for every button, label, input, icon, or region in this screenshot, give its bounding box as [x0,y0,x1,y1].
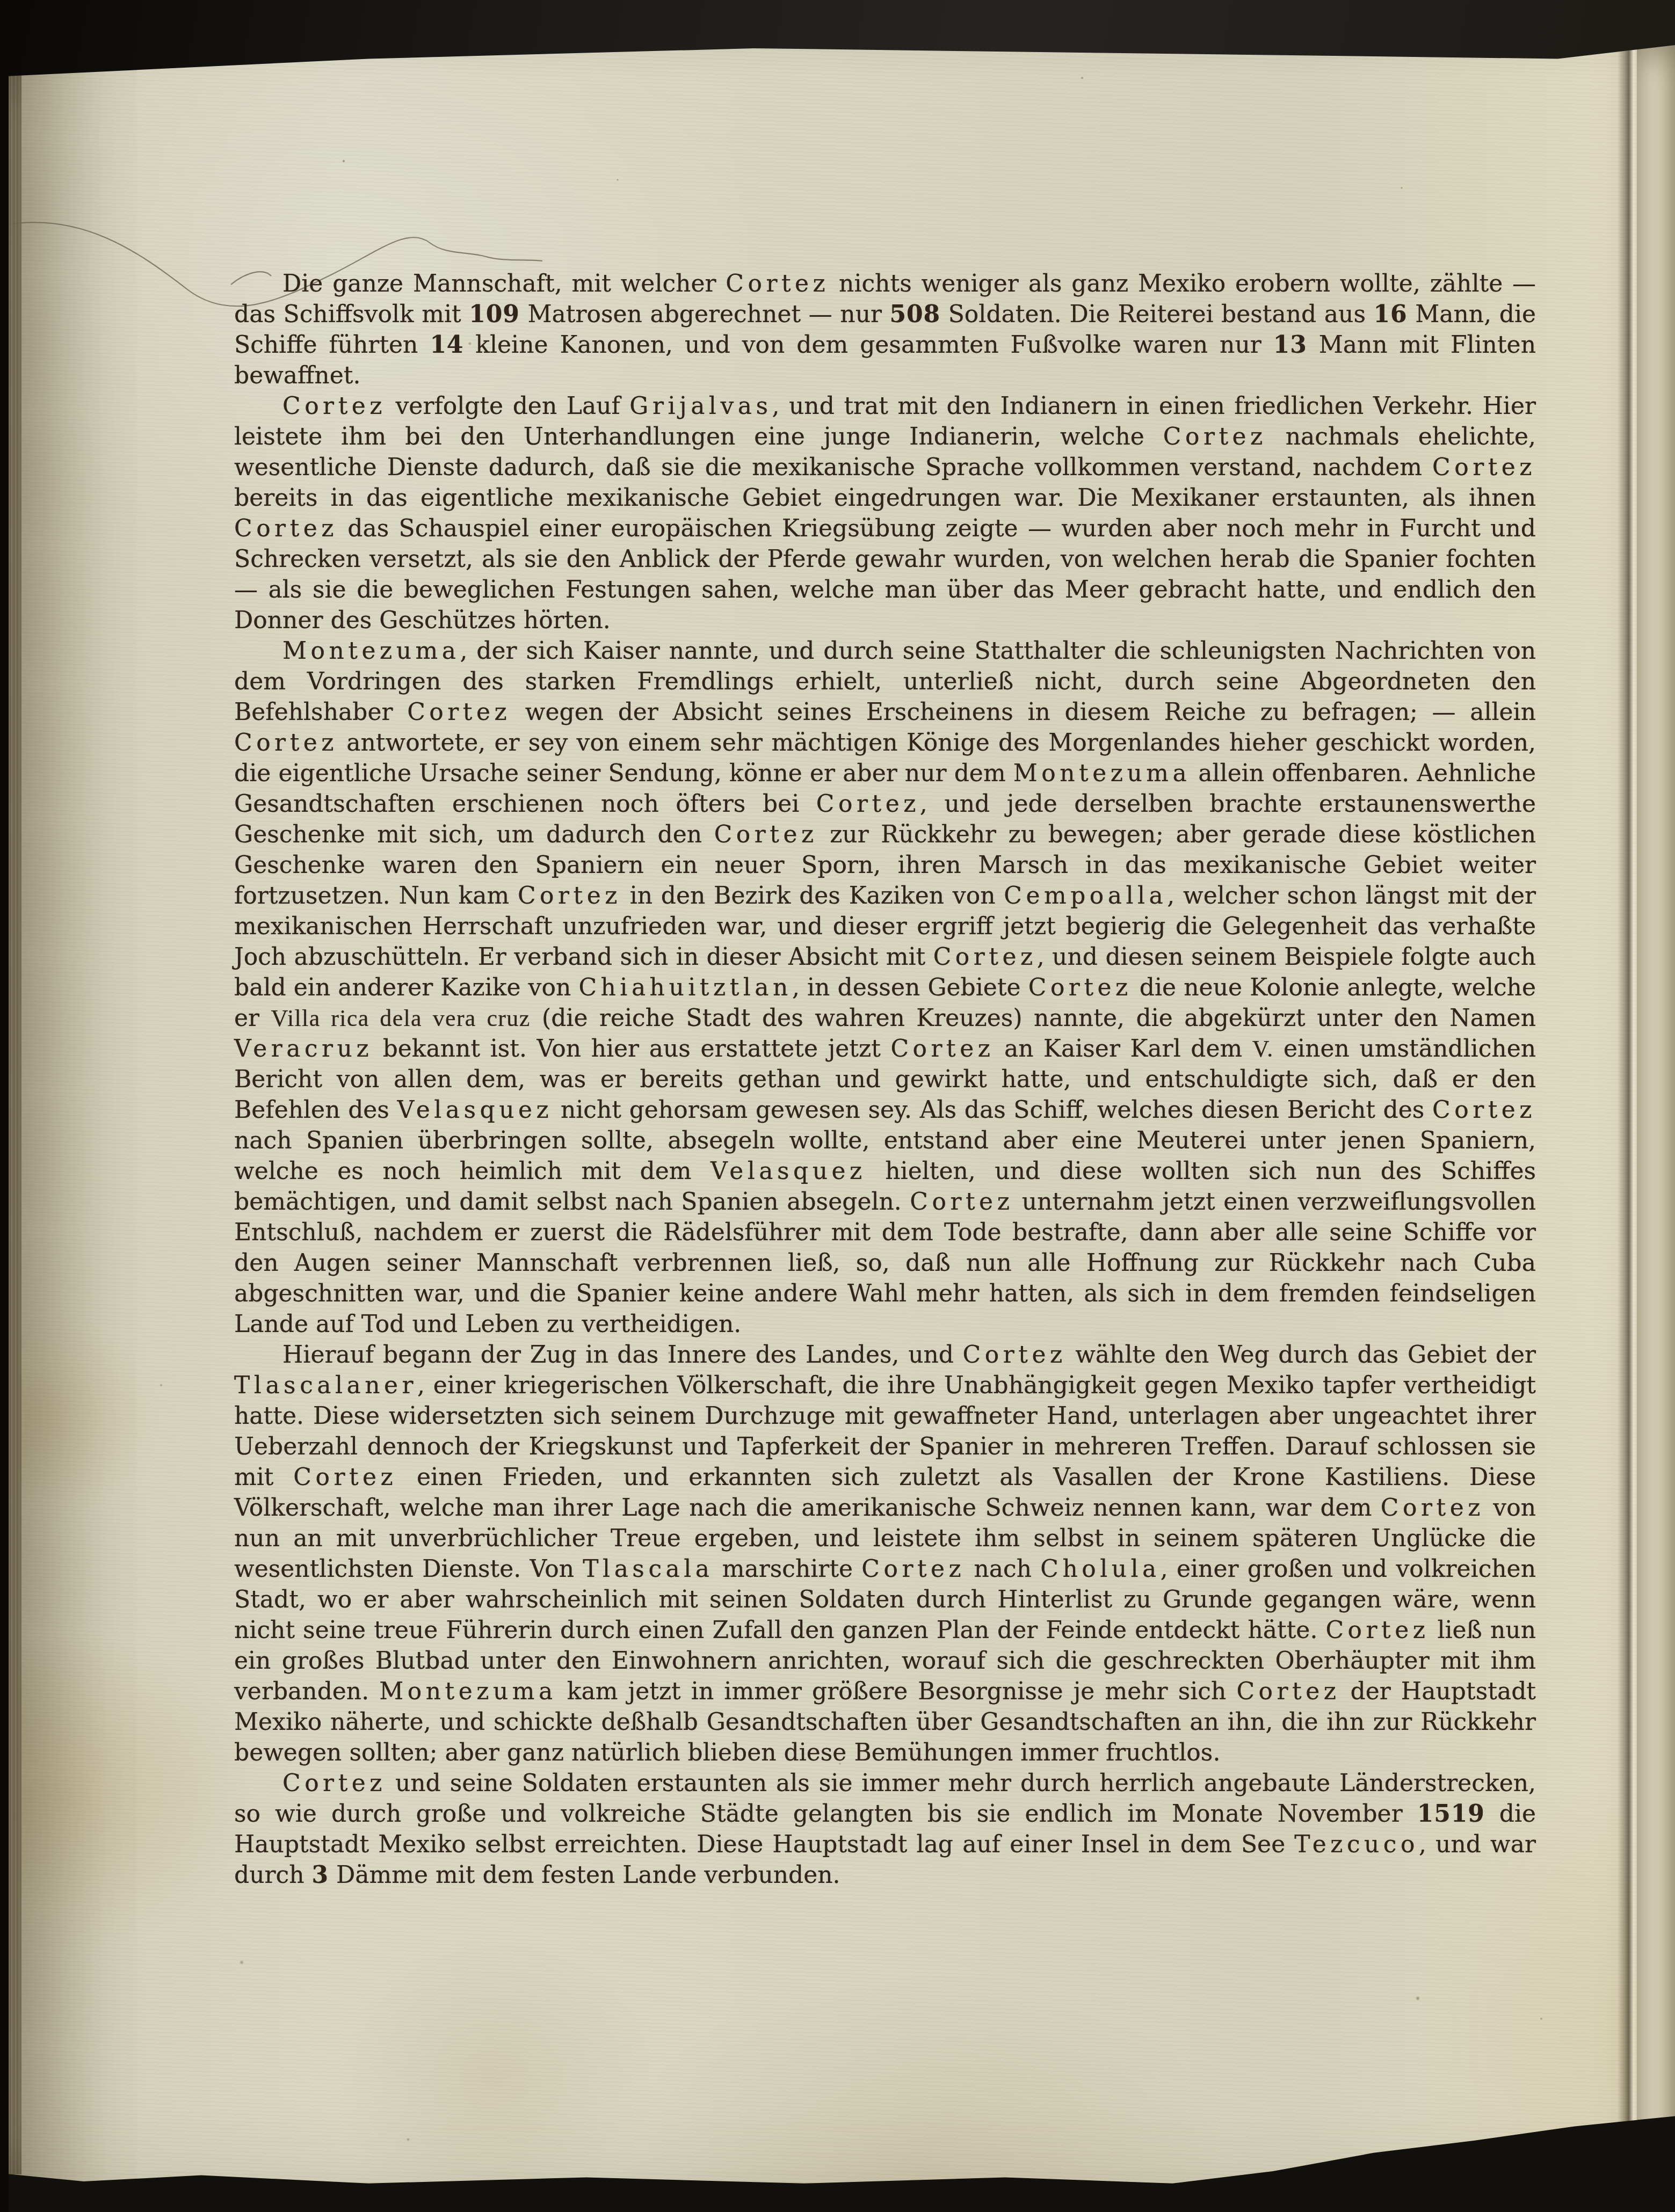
text-run-letterspaced: Cortez [407,698,511,726]
text-run-letterspaced: Cortez [1028,974,1132,1001]
text-run-letterspaced: Cortez [1236,1678,1340,1705]
page-edges-left [9,75,21,2174]
text-run-letterspaced: Cortez [234,729,338,756]
text-run-letterspaced: Cortez [890,1035,994,1063]
book-scan: { "colors": { "scan_background": "#12100… [0,0,1675,2212]
text-run: kam jetzt in immer größere Besorgnisse j… [557,1678,1237,1705]
text-run-letterspaced: Cortez [726,270,829,297]
text-run: an Kaiser Karl dem [994,1035,1252,1063]
text-run-letterspaced: Cortez [282,1770,386,1797]
text-run: bekannt ist. Von hier aus erstattete jet… [373,1035,890,1063]
text-run-letterspaced: Cortez [282,392,386,420]
text-run-letterspaced: Cortez [1325,1617,1429,1644]
text-run: Soldaten. Die Reiterei bestand aus [940,301,1374,328]
text-run: bereits in das eigentliche mexikanische … [234,484,1536,512]
text-run: (die reiche Stadt des wahren Kreuzes) na… [531,1005,1536,1032]
paragraph: Die ganze Mannschaft, mit welcher Cortez… [234,268,1536,391]
text-run: Matrosen abgerechnet — nur [520,301,890,328]
text-run: in den Bezirk des Kaziken von [621,882,1004,909]
text-run-letterspaced: Cortez [963,1341,1067,1369]
text-run-bold-number: 16 [1374,301,1408,328]
text-run: Dämme mit dem festen Lande verbunden. [329,1861,840,1889]
text-run-letterspaced: Cortez [518,882,621,909]
text-run-letterspaced: Veracruz [234,1035,373,1063]
text-run: Hierauf begann der Zug in das Innere des… [282,1341,963,1369]
text-run-letterspaced: Cortez [1432,1096,1536,1124]
text-run-letterspaced: Cortez [1432,454,1536,481]
text-run-letterspaced: Cortez [1163,423,1267,450]
text-run-antiqua: Villa rica dela vera cruz [271,1005,531,1031]
text-run-letterspaced: Grijalvas [629,392,772,420]
text-run: nicht gehorsam gewesen sey. Als das Schi… [553,1096,1432,1124]
text-run: einen Frieden, und erkannten sich zuletz… [234,1464,1536,1522]
text-run-letterspaced: Cortez [234,515,338,542]
text-run-letterspaced: Montezuma [282,637,460,665]
text-run: verfolgte den Lauf [386,392,629,420]
text-run-bold-number: 3 [312,1861,329,1889]
text-run-letterspaced: Cortez [910,1188,1013,1216]
text-run: marschirte [714,1555,862,1583]
text-run: nach [965,1555,1040,1583]
text-run: Die ganze Mannschaft, mit welcher [282,270,726,297]
text-run: , in dessen Gebiete [792,974,1028,1001]
text-run: und seine Soldaten erstaunten als sie im… [234,1770,1536,1828]
paragraph: Hierauf begann der Zug in das Innere des… [234,1340,1536,1768]
paragraph: Cortez und seine Soldaten erstaunten als… [234,1768,1536,1890]
text-run-letterspaced: Tlascala [583,1555,713,1583]
text-run-letterspaced: Montezuma [1013,760,1191,787]
text-run-bold-number: 109 [469,301,520,328]
text-run-letterspaced: Chiahuitztlan [578,974,792,1001]
next-page-edge [1637,42,1675,2188]
text-run: wegen der Absicht seines Erscheinens in … [511,698,1536,726]
text-run-letterspaced: Velasquez [710,1158,866,1185]
text-run-letterspaced: Cortez [816,790,920,818]
text-run-letterspaced: Montezuma [379,1678,556,1705]
text-run-bold-number: 508 [890,301,941,328]
text-run: wählte den Weg durch das Gebiet der [1067,1341,1536,1369]
paragraph: Montezuma, der sich Kaiser nannte, und d… [234,636,1536,1340]
text-run-letterspaced: Cempoalla [1004,882,1167,909]
text-run: das Schauspiel einer europäischen Kriegs… [234,515,1536,634]
text-run-letterspaced: Cholula [1040,1555,1161,1583]
text-block: Die ganze Mannschaft, mit welcher Cortez… [234,268,1536,1890]
page-crease [1618,46,1638,2185]
text-run: kleine Kanonen, und von dem gesammten Fu… [463,331,1273,359]
paragraph: Cortez verfolgte den Lauf Grijalvas, und… [234,391,1536,636]
text-run-letterspaced: Cortez [933,943,1037,971]
text-run-bold-number: 1519 [1417,1800,1485,1828]
text-run-letterspaced: Cortez [1381,1494,1484,1522]
text-run-letterspaced: Tezcuco [1294,1831,1419,1858]
text-run-letterspaced: Cortez [861,1555,965,1583]
text-run-letterspaced: Velasquez [397,1096,553,1124]
text-run-antiqua: V. [1252,1036,1274,1062]
text-run-bold-number: 13 [1273,331,1307,359]
text-run-letterspaced: Cortez [714,821,818,848]
text-run-bold-number: 14 [430,331,463,359]
scan-background-left [0,0,9,2212]
text-run-letterspaced: Tlascalaner [234,1372,417,1399]
text-run-letterspaced: Cortez [293,1464,397,1491]
